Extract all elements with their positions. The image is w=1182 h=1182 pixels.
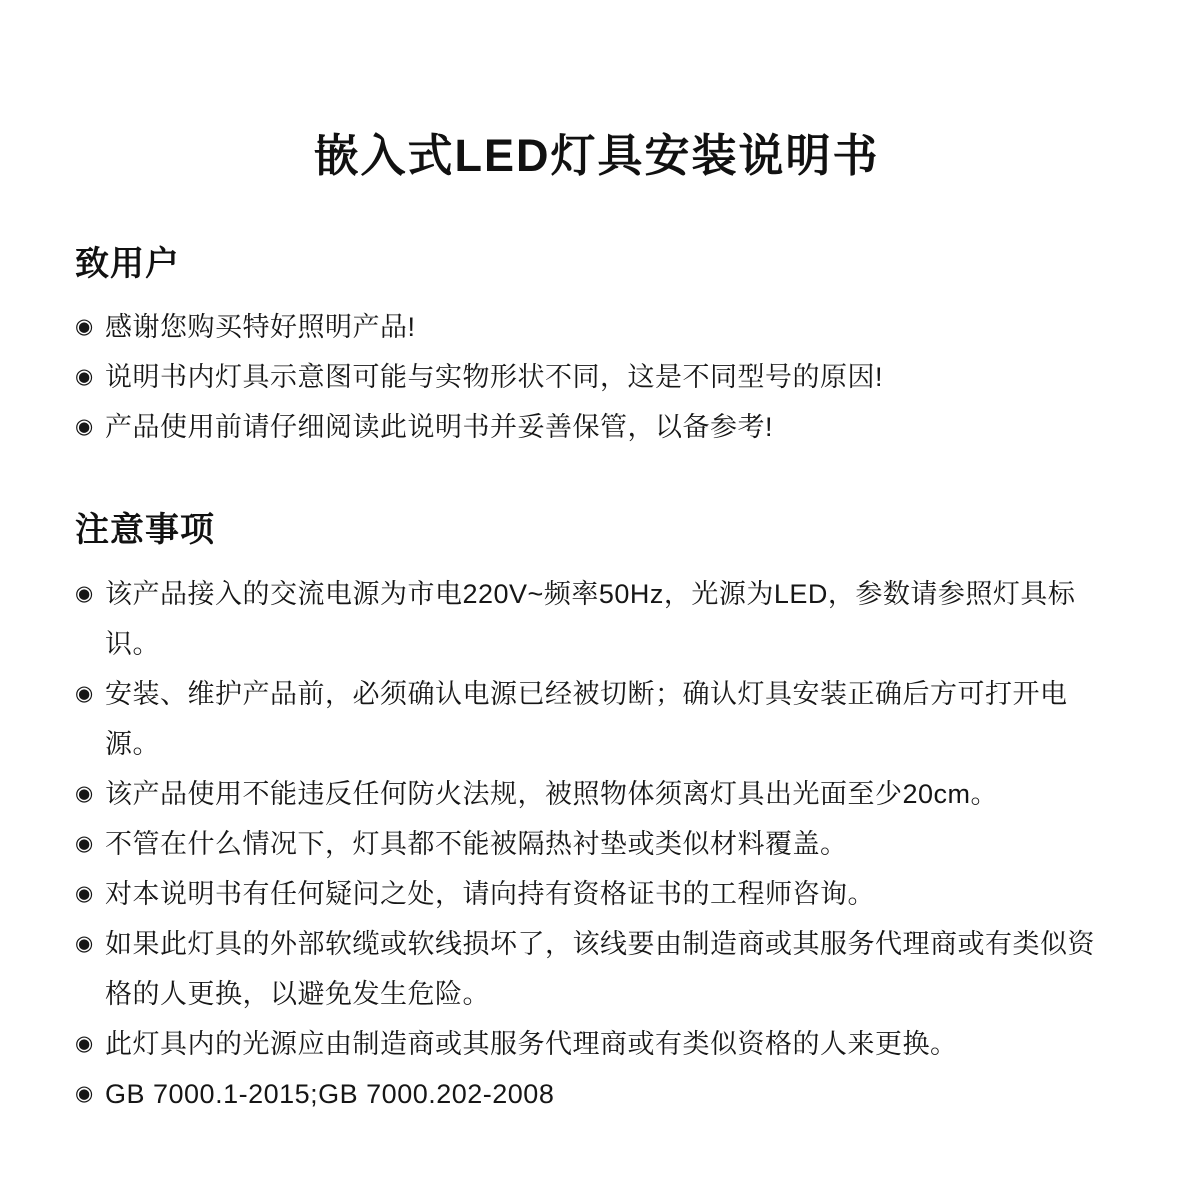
fisheye-bullet-icon: ◉ — [75, 769, 105, 819]
fisheye-bullet-icon: ◉ — [75, 352, 105, 402]
list-item-text: GB 7000.1-2015;GB 7000.202-2008 — [105, 1069, 1118, 1119]
section-precautions-heading: 注意事项 — [75, 508, 1118, 552]
fisheye-bullet-icon: ◉ — [75, 569, 105, 619]
list-item-text: 如果此灯具的外部软缆或软线损坏了，该线要由制造商或其服务代理商或有类似资格的人更… — [105, 919, 1118, 1019]
list-item: ◉ GB 7000.1-2015;GB 7000.202-2008 — [75, 1069, 1118, 1119]
list-item-text: 此灯具内的光源应由制造商或其服务代理商或有类似资格的人来更换。 — [105, 1019, 1118, 1069]
list-item-text: 感谢您购买特好照明产品! — [105, 302, 1118, 352]
list-item-text: 该产品接入的交流电源为市电220V~频率50Hz，光源为LED，参数请参照灯具标… — [105, 569, 1118, 669]
fisheye-bullet-icon: ◉ — [75, 402, 105, 452]
fisheye-bullet-icon: ◉ — [75, 1069, 105, 1119]
fisheye-bullet-icon: ◉ — [75, 819, 105, 869]
list-item: ◉ 此灯具内的光源应由制造商或其服务代理商或有类似资格的人来更换。 — [75, 1019, 1118, 1069]
fisheye-bullet-icon: ◉ — [75, 919, 105, 969]
fisheye-bullet-icon: ◉ — [75, 302, 105, 352]
fisheye-bullet-icon: ◉ — [75, 669, 105, 719]
list-item-text: 说明书内灯具示意图可能与实物形状不同，这是不同型号的原因! — [105, 352, 1118, 402]
list-item: ◉ 该产品接入的交流电源为市电220V~频率50Hz，光源为LED，参数请参照灯… — [75, 569, 1118, 669]
document-page: 嵌入式LED灯具安装说明书 致用户 ◉ 感谢您购买特好照明产品! ◉ 说明书内灯… — [0, 0, 1182, 1182]
fisheye-bullet-icon: ◉ — [75, 869, 105, 919]
list-item: ◉ 说明书内灯具示意图可能与实物形状不同，这是不同型号的原因! — [75, 352, 1118, 402]
list-item: ◉ 产品使用前请仔细阅读此说明书并妥善保管，以备参考! — [75, 402, 1118, 452]
list-item-text: 对本说明书有任何疑问之处，请向持有资格证书的工程师咨询。 — [105, 869, 1118, 919]
list-item: ◉ 感谢您购买特好照明产品! — [75, 302, 1118, 352]
list-item: ◉ 该产品使用不能违反任何防火法规，被照物体须离灯具出光面至少20cm。 — [75, 769, 1118, 819]
section-precautions: 注意事项 ◉ 该产品接入的交流电源为市电220V~频率50Hz，光源为LED，参… — [75, 508, 1118, 1118]
to-users-list: ◉ 感谢您购买特好照明产品! ◉ 说明书内灯具示意图可能与实物形状不同，这是不同… — [75, 302, 1118, 452]
fisheye-bullet-icon: ◉ — [75, 1019, 105, 1069]
list-item: ◉ 不管在什么情况下，灯具都不能被隔热衬垫或类似材料覆盖。 — [75, 819, 1118, 869]
list-item: ◉ 对本说明书有任何疑问之处，请向持有资格证书的工程师咨询。 — [75, 869, 1118, 919]
list-item-text: 安装、维护产品前，必须确认电源已经被切断；确认灯具安装正确后方可打开电源。 — [105, 669, 1118, 769]
document-title: 嵌入式LED灯具安装说明书 — [75, 128, 1118, 184]
precautions-list: ◉ 该产品接入的交流电源为市电220V~频率50Hz，光源为LED，参数请参照灯… — [75, 569, 1118, 1119]
list-item-text: 不管在什么情况下，灯具都不能被隔热衬垫或类似材料覆盖。 — [105, 819, 1118, 869]
list-item-text: 产品使用前请仔细阅读此说明书并妥善保管，以备参考! — [105, 402, 1118, 452]
list-item: ◉ 如果此灯具的外部软缆或软线损坏了，该线要由制造商或其服务代理商或有类似资格的… — [75, 919, 1118, 1019]
section-to-users: 致用户 ◉ 感谢您购买特好照明产品! ◉ 说明书内灯具示意图可能与实物形状不同，… — [75, 242, 1118, 452]
list-item-text: 该产品使用不能违反任何防火法规，被照物体须离灯具出光面至少20cm。 — [105, 769, 1118, 819]
section-to-users-heading: 致用户 — [75, 242, 1118, 286]
list-item: ◉ 安装、维护产品前，必须确认电源已经被切断；确认灯具安装正确后方可打开电源。 — [75, 669, 1118, 769]
